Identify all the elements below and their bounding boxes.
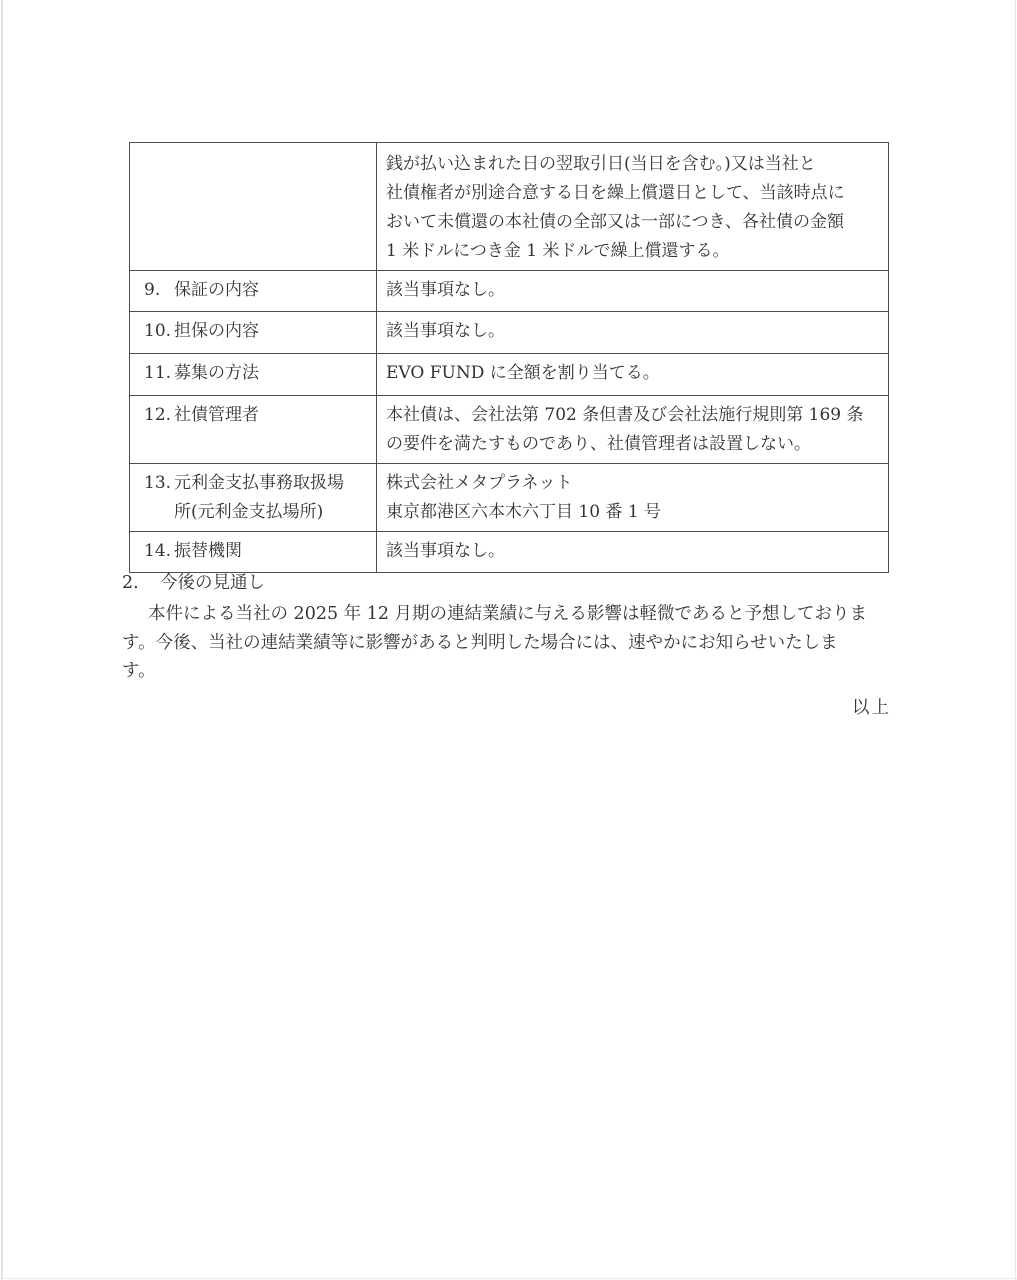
table-row-12: 12. 社債管理者 本社債は、会社法第 702 条但書及び会社法施行規則第 16… bbox=[130, 396, 889, 464]
row-label-cell: 13. 元利金支払事務取扱場 所(元利金支払場所) bbox=[130, 464, 377, 532]
value-line: 該当事項なし。 bbox=[386, 537, 878, 566]
table-row-14: 14. 振替機関 該当事項なし。 bbox=[130, 532, 889, 573]
row-number: 12. bbox=[144, 401, 174, 430]
row-label: 保証の内容 bbox=[174, 276, 259, 305]
table-row-11: 11. 募集の方法 EVO FUND に全額を割り当てる。 bbox=[130, 354, 889, 396]
row-number: 11. bbox=[144, 359, 174, 388]
value-line: 1 米ドルにつき金 1 米ドルで繰上償還する。 bbox=[386, 237, 878, 266]
table-row-10: 10. 担保の内容 該当事項なし。 bbox=[130, 312, 889, 354]
section2-heading: 2. 今後の見通し bbox=[122, 572, 265, 594]
row-value-cell: 株式会社メタプラネット 東京都港区六本木六丁目 10 番 1 号 bbox=[377, 464, 889, 532]
body-line: す。 bbox=[122, 657, 893, 686]
value-line: 本社債は、会社法第 702 条但書及び会社法施行規則第 169 条 bbox=[386, 401, 878, 430]
value-line: の要件を満たすものであり、社債管理者は設置しない。 bbox=[386, 430, 878, 459]
value-line: 東京都港区六本木六丁目 10 番 1 号 bbox=[386, 498, 878, 527]
value-line: EVO FUND に全額を割り当てる。 bbox=[386, 359, 878, 388]
value-line: 該当事項なし。 bbox=[386, 317, 878, 346]
row-label: 募集の方法 bbox=[174, 359, 259, 388]
row-label-cell: 12. 社債管理者 bbox=[130, 396, 377, 464]
row-value-cell: 本社債は、会社法第 702 条但書及び会社法施行規則第 169 条 の要件を満た… bbox=[377, 396, 889, 464]
body-line: す。今後、当社の連結業績等に影響があると判明した場合には、速やかにお知らせいたし… bbox=[122, 629, 893, 658]
row-label-cell bbox=[130, 143, 377, 271]
row-label-cell: 9. 保証の内容 bbox=[130, 271, 377, 312]
row-value-cell: 該当事項なし。 bbox=[377, 532, 889, 573]
section2-number: 2. bbox=[122, 572, 160, 594]
row-value-cell: 該当事項なし。 bbox=[377, 271, 889, 312]
row-number: 10. bbox=[144, 317, 174, 346]
scan-edge-bottom bbox=[0, 1278, 1017, 1279]
value-line: 銭が払い込まれた日の翌取引日(当日を含む。)又は当社と bbox=[386, 150, 878, 179]
value-line: 社債権者が別途合意する日を繰上償還日として、当該時点に bbox=[386, 179, 878, 208]
bond-terms-table: 銭が払い込まれた日の翌取引日(当日を含む。)又は当社と 社債権者が別途合意する日… bbox=[129, 142, 889, 573]
row-label: 元利金支払事務取扱場 bbox=[174, 469, 344, 498]
document-page: 銭が払い込まれた日の翌取引日(当日を含む。)又は当社と 社債権者が別途合意する日… bbox=[0, 0, 1017, 1280]
value-line: 該当事項なし。 bbox=[386, 276, 878, 305]
row-number: 14. bbox=[144, 537, 174, 566]
row-value-cell: 該当事項なし。 bbox=[377, 312, 889, 354]
table-row-9: 9. 保証の内容 該当事項なし。 bbox=[130, 271, 889, 312]
row-value-cell: EVO FUND に全額を割り当てる。 bbox=[377, 354, 889, 396]
scan-edge-left bbox=[1, 0, 3, 1280]
row-number: 9. bbox=[144, 276, 174, 305]
row-value-cell: 銭が払い込まれた日の翌取引日(当日を含む。)又は当社と 社債権者が別途合意する日… bbox=[377, 143, 889, 271]
row-label-cell: 10. 担保の内容 bbox=[130, 312, 377, 354]
body-line: 本件による当社の 2025 年 12 月期の連結業績に与える影響は軽微であると予… bbox=[122, 600, 893, 629]
section2-title: 今後の見通し bbox=[160, 572, 265, 594]
row-label-cell: 14. 振替機関 bbox=[130, 532, 377, 573]
section2-body: 本件による当社の 2025 年 12 月期の連結業績に与える影響は軽微であると予… bbox=[122, 600, 893, 686]
scan-edge-right bbox=[1015, 0, 1016, 1280]
closing-ijo: 以上 bbox=[122, 697, 891, 719]
row-label: 社債管理者 bbox=[174, 401, 259, 430]
row-label-cell: 11. 募集の方法 bbox=[130, 354, 377, 396]
value-line: おいて未償還の本社債の全部又は一部につき、各社債の金額 bbox=[386, 208, 878, 237]
row-label: 振替機関 bbox=[174, 537, 242, 566]
row-label: 担保の内容 bbox=[174, 317, 259, 346]
table-row-13: 13. 元利金支払事務取扱場 所(元利金支払場所) 株式会社メタプラネット 東京… bbox=[130, 464, 889, 532]
row-number: 13. bbox=[144, 469, 174, 498]
row-label-line2: 所(元利金支払場所) bbox=[174, 498, 370, 527]
value-line: 株式会社メタプラネット bbox=[386, 469, 878, 498]
table-row-continuation: 銭が払い込まれた日の翌取引日(当日を含む。)又は当社と 社債権者が別途合意する日… bbox=[130, 143, 889, 271]
